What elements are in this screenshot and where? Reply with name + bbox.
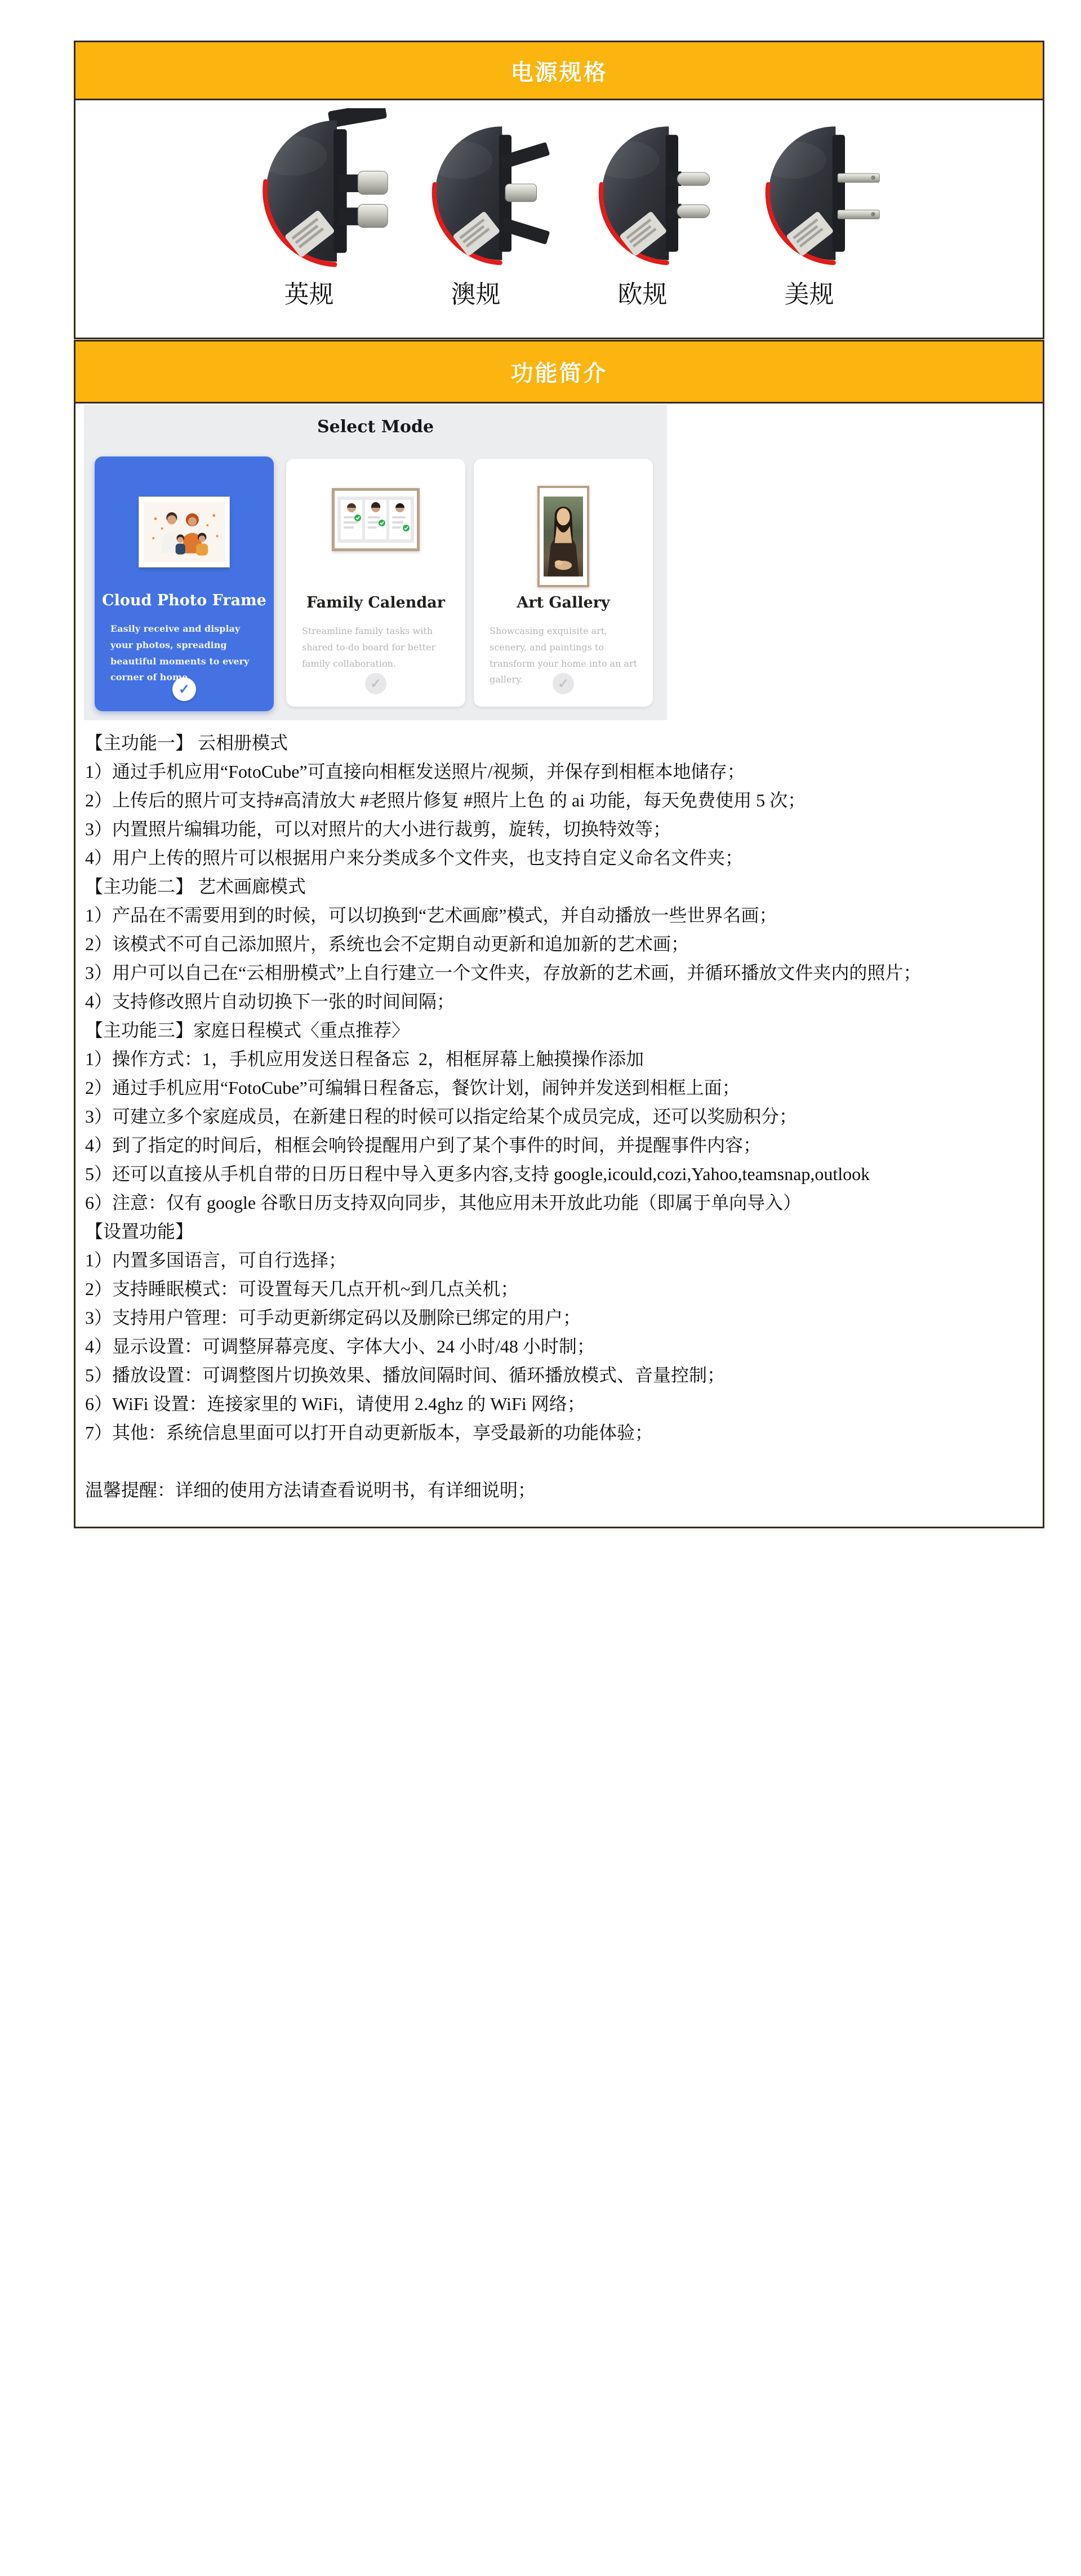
plug-eu: 欧规 bbox=[559, 115, 726, 310]
power-spec-title: 电源规格 bbox=[511, 55, 608, 87]
family-photo-image bbox=[144, 502, 225, 562]
feature-line: 【主功能二】 艺术画廊模式 bbox=[85, 872, 1038, 901]
features-title: 功能简介 bbox=[511, 356, 608, 388]
feature-line: 4）到了指定的时间后，相框会响铃提醒用户到了某个事件的时间，并提醒事件内容； bbox=[85, 1131, 1038, 1160]
feature-line: 【主功能三】家庭日程模式〈重点推荐〉 bbox=[85, 1016, 1038, 1045]
mode-card-title: Cloud Photo Frame bbox=[95, 592, 274, 609]
features-section: 功能简介 Select Mode bbox=[74, 340, 1044, 1528]
uk-plug-image bbox=[226, 108, 392, 274]
mode-card-desc: Streamline family tasks with shared to-d… bbox=[302, 623, 451, 672]
mode-card-desc: Easily receive and display your photos, … bbox=[110, 621, 259, 686]
feature-line: 7）其他：系统信息里面可以打开自动更新版本，享受最新的功能体验； bbox=[85, 1418, 1038, 1447]
feature-line: 5）还可以直接从手机自带的日历日程中导入更多内容,支持 google,icoul… bbox=[85, 1160, 1038, 1189]
feature-line: 3）可建立多个家庭成员，在新建日程的时候可以指定给某个成员完成，还可以奖励积分； bbox=[85, 1102, 1038, 1131]
eu-plug-image bbox=[564, 115, 721, 272]
feature-line: 1）通过手机应用“FotoCube”可直接向相框发送照片/视频，并保存到相框本地… bbox=[85, 757, 1038, 786]
calendar-frame-illustration bbox=[332, 488, 420, 551]
mode-card-title: Art Gallery bbox=[474, 594, 653, 611]
app-screenshot: Select Mode bbox=[84, 405, 667, 720]
plug-us: 美规 bbox=[726, 115, 893, 310]
mode-cards: Cloud Photo Frame Easily receive and dis… bbox=[84, 458, 667, 717]
feature-line: 2）通过手机应用“FotoCube”可编辑日程备忘，餐饮计划，闹钟并发送到相框上… bbox=[85, 1074, 1038, 1102]
plug-row: 英规 澳规 bbox=[75, 100, 1043, 310]
power-spec-body: 英规 澳规 bbox=[75, 100, 1043, 339]
page: 电源规格 英规 bbox=[0, 0, 1081, 2576]
features-header: 功能简介 bbox=[75, 342, 1043, 404]
mode-card-cloud-photo-frame[interactable]: Cloud Photo Frame Easily receive and dis… bbox=[95, 456, 274, 711]
power-spec-section: 电源规格 英规 bbox=[74, 41, 1044, 339]
feature-line: 【设置功能】 bbox=[85, 1217, 1038, 1246]
feature-line bbox=[85, 1447, 1038, 1476]
photo-frame-illustration bbox=[139, 497, 229, 567]
feature-line: 6）注意：仅有 google 谷歌日历支持双向同步，其他应用未开放此功能（即属于… bbox=[85, 1189, 1038, 1217]
features-body: Select Mode bbox=[75, 404, 1043, 1527]
mona-lisa-image bbox=[544, 492, 583, 581]
feature-line: 3）用户可以自己在“云相册模式”上自行建立一个文件夹，存放新的艺术画，并循环播放… bbox=[85, 959, 1038, 987]
feature-line: 4）显示设置：可调整屏幕亮度、字体大小、24 小时/48 小时制； bbox=[85, 1332, 1038, 1361]
plug-label-us: 美规 bbox=[785, 274, 834, 310]
plug-au: 澳规 bbox=[393, 115, 559, 310]
feature-line: 温馨提醒：详细的使用方法请查看说明书，有详细说明； bbox=[85, 1476, 1038, 1505]
feature-line: 3）内置照片编辑功能，可以对照片的大小进行裁剪，旋转，切换特效等； bbox=[85, 815, 1038, 844]
feature-line: 6）WiFi 设置：连接家里的 WiFi，请使用 2.4ghz 的 WiFi 网… bbox=[85, 1390, 1038, 1418]
feature-line: 2）上传后的照片可支持#高清放大 #老照片修复 #照片上色 的 ai 功能，每天… bbox=[85, 786, 1038, 815]
feature-line: 【主功能一】 云相册模式 bbox=[85, 729, 1038, 757]
feature-line: 1）操作方式：1，手机应用发送日程备忘 2，相框屏幕上触摸操作添加 bbox=[85, 1045, 1038, 1074]
select-mode-title: Select Mode bbox=[84, 405, 667, 437]
check-icon[interactable]: ✓ bbox=[365, 673, 386, 694]
power-spec-header: 电源规格 bbox=[75, 42, 1043, 100]
feature-line: 2）支持睡眠模式：可设置每天几点开机~到几点关机； bbox=[85, 1275, 1038, 1303]
art-frame-illustration bbox=[537, 486, 589, 587]
feature-line: 4）用户上传的照片可以根据用户来分类成多个文件夹，也支持自定义命名文件夹； bbox=[85, 844, 1038, 872]
plug-uk: 英规 bbox=[226, 115, 393, 310]
mode-card-art-gallery[interactable]: Art Gallery Showcasing exquisite art, sc… bbox=[474, 459, 653, 707]
feature-text-block: 【主功能一】 云相册模式 1）通过手机应用“FotoCube”可直接向相框发送照… bbox=[85, 729, 1038, 1505]
feature-line: 2）该模式不可自己添加照片，系统也会不定期自动更新和追加新的艺术画； bbox=[85, 930, 1038, 959]
plug-label-eu: 欧规 bbox=[618, 274, 668, 310]
todo-board-image bbox=[335, 491, 417, 548]
us-plug-image bbox=[731, 115, 888, 272]
check-icon[interactable]: ✓ bbox=[553, 673, 574, 694]
feature-line: 5）播放设置：可调整图片切换效果、播放间隔时间、循环播放模式、音量控制； bbox=[85, 1361, 1038, 1390]
feature-line: 1）内置多国语言，可自行选择； bbox=[85, 1246, 1038, 1275]
check-icon[interactable]: ✓ bbox=[172, 677, 196, 701]
mode-card-family-calendar[interactable]: Family Calendar Streamline family tasks … bbox=[286, 459, 465, 707]
au-plug-image bbox=[398, 115, 554, 272]
mode-card-title: Family Calendar bbox=[286, 594, 465, 611]
feature-line: 1）产品在不需要用到的时候，可以切换到“艺术画廊”模式，并自动播放一些世界名画； bbox=[85, 901, 1038, 930]
plug-label-au: 澳规 bbox=[451, 274, 501, 310]
feature-line: 4）支持修改照片自动切换下一张的时间间隔； bbox=[85, 987, 1038, 1016]
plug-label-uk: 英规 bbox=[284, 274, 334, 310]
feature-line: 3）支持用户管理：可手动更新绑定码以及删除已绑定的用户； bbox=[85, 1303, 1038, 1332]
